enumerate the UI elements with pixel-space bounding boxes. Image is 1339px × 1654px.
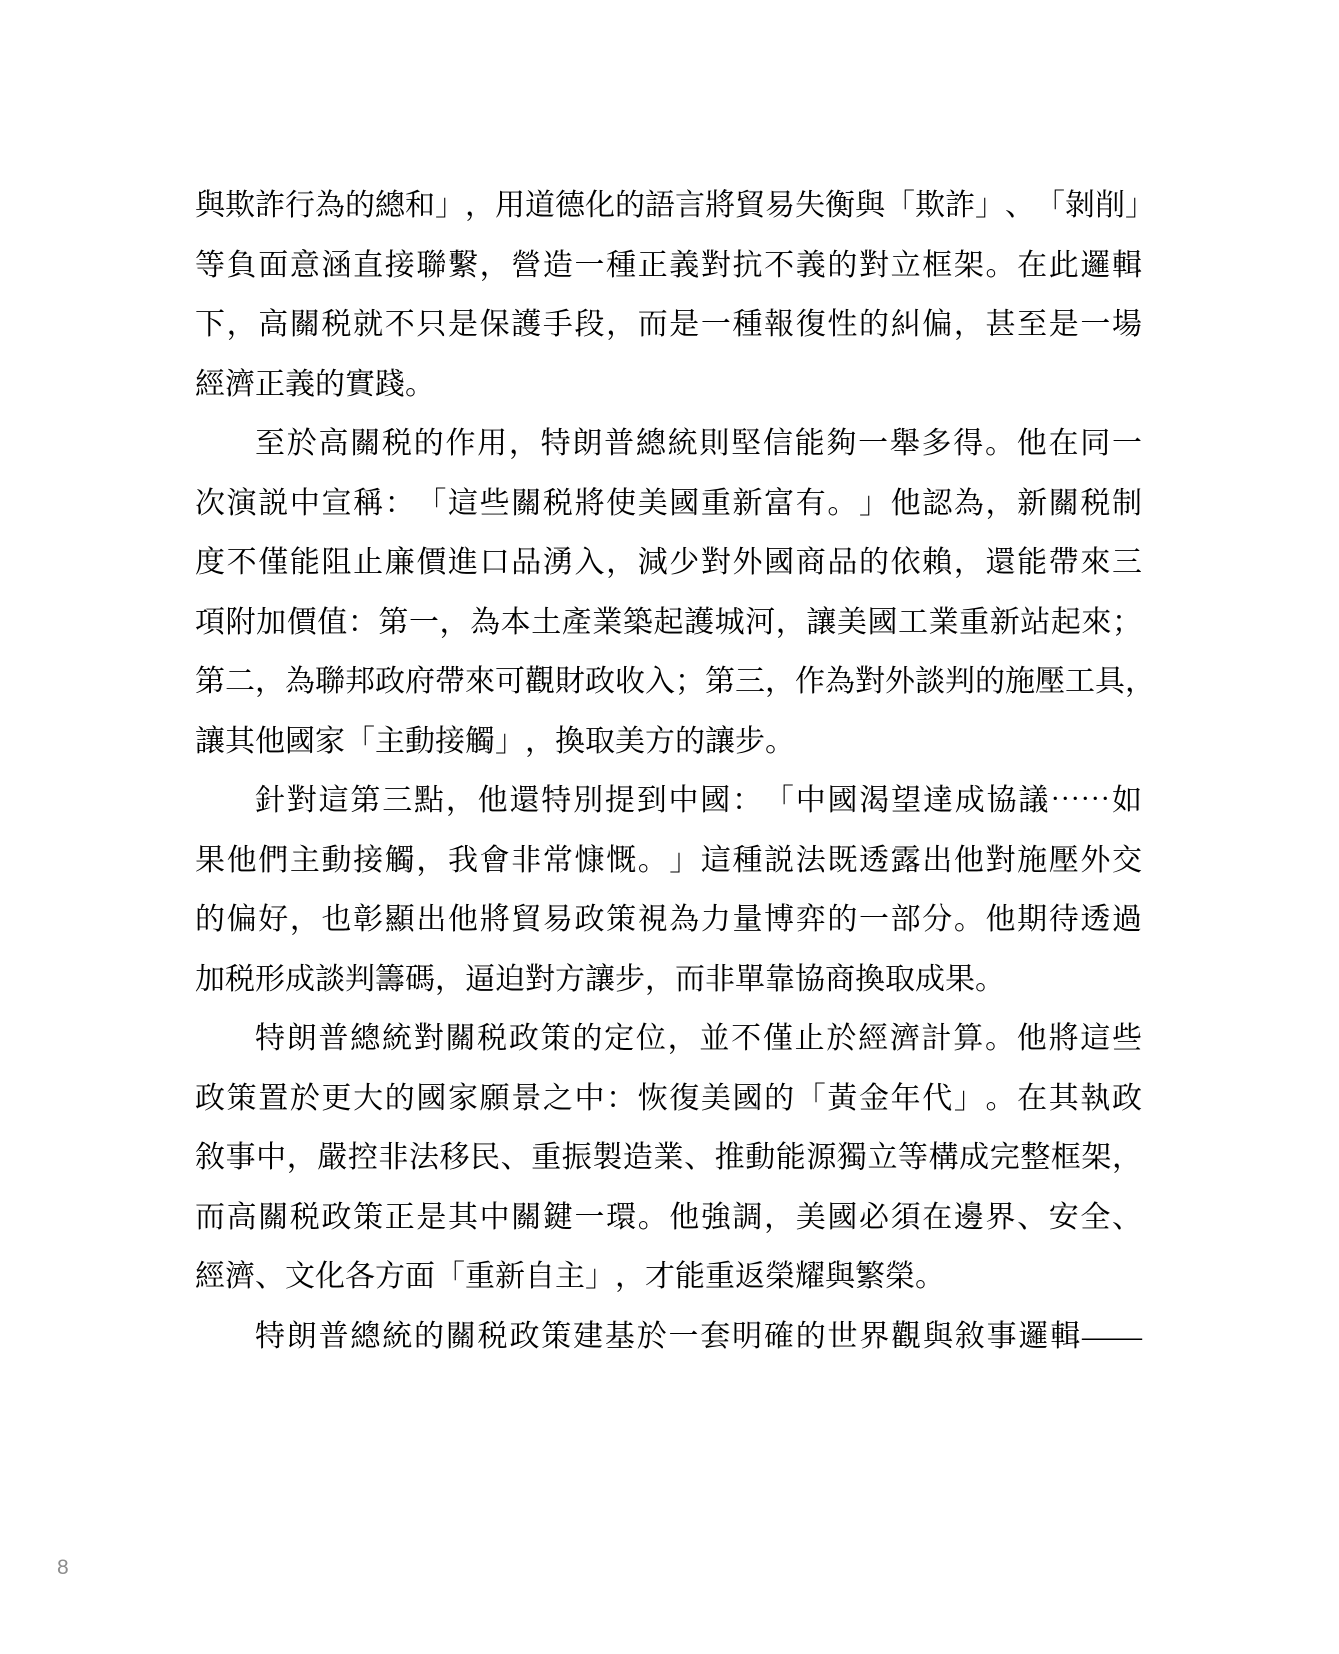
text-line: 第二，為聯邦政府帶來可觀財政收入；第三，作為對外談判的施壓工具， (195, 652, 1142, 712)
text-line: 次演説中宣稱：「這些關税將使美國重新富有。」他認為，新關税制 (195, 474, 1142, 534)
text-line: 果他們主動接觸，我會非常慷慨。」這種説法既透露出他對施壓外交 (195, 831, 1142, 891)
text-line: 度不僅能阻止廉價進口品湧入，減少對外國商品的依賴，還能帶來三 (195, 533, 1142, 593)
text-line: 政策置於更大的國家願景之中：恢復美國的「黃金年代」。在其執政 (195, 1069, 1142, 1129)
text-line: 加税形成談判籌碼，逼迫對方讓步，而非單靠協商換取成果。 (195, 950, 1142, 1010)
text-line: 特朗普總統的關税政策建基於一套明確的世界觀與敘事邏輯—— (195, 1307, 1142, 1367)
text-line: 等負面意涵直接聯繫，營造一種正義對抗不義的對立框架。在此邏輯 (195, 236, 1142, 296)
text-line: 針對這第三點，他還特別提到中國：「中國渴望達成協議⋯⋯如 (195, 771, 1142, 831)
text-line: 經濟、文化各方面「重新自主」，才能重返榮耀與繁榮。 (195, 1247, 1142, 1307)
text-line: 特朗普總統對關税政策的定位，並不僅止於經濟計算。他將這些 (195, 1009, 1142, 1069)
text-line: 讓其他國家「主動接觸」，換取美方的讓步。 (195, 712, 1142, 772)
text-line: 至於高關税的作用，特朗普總統則堅信能夠一舉多得。他在同一 (195, 414, 1142, 474)
text-line: 與欺詐行為的總和」，用道德化的語言將貿易失衡與「欺詐」、「剝削」 (195, 176, 1142, 236)
text-line: 經濟正義的實踐。 (195, 355, 1142, 415)
text-line: 而高關税政策正是其中關鍵一環。他強調，美國必須在邊界、安全、 (195, 1188, 1142, 1248)
body-text: 與欺詐行為的總和」，用道德化的語言將貿易失衡與「欺詐」、「剝削」 等負面意涵直接… (195, 176, 1142, 1366)
page-number: 8 (57, 1556, 69, 1580)
text-line: 敘事中，嚴控非法移民、重振製造業、推動能源獨立等構成完整框架， (195, 1128, 1142, 1188)
text-line: 項附加價值：第一，為本土產業築起護城河，讓美國工業重新站起來； (195, 593, 1142, 653)
text-line: 的偏好，也彰顯出他將貿易政策視為力量博弈的一部分。他期待透過 (195, 890, 1142, 950)
text-line: 下，高關税就不只是保護手段，而是一種報復性的糾偏，甚至是一場 (195, 295, 1142, 355)
book-page: 與欺詐行為的總和」，用道德化的語言將貿易失衡與「欺詐」、「剝削」 等負面意涵直接… (0, 0, 1339, 1654)
